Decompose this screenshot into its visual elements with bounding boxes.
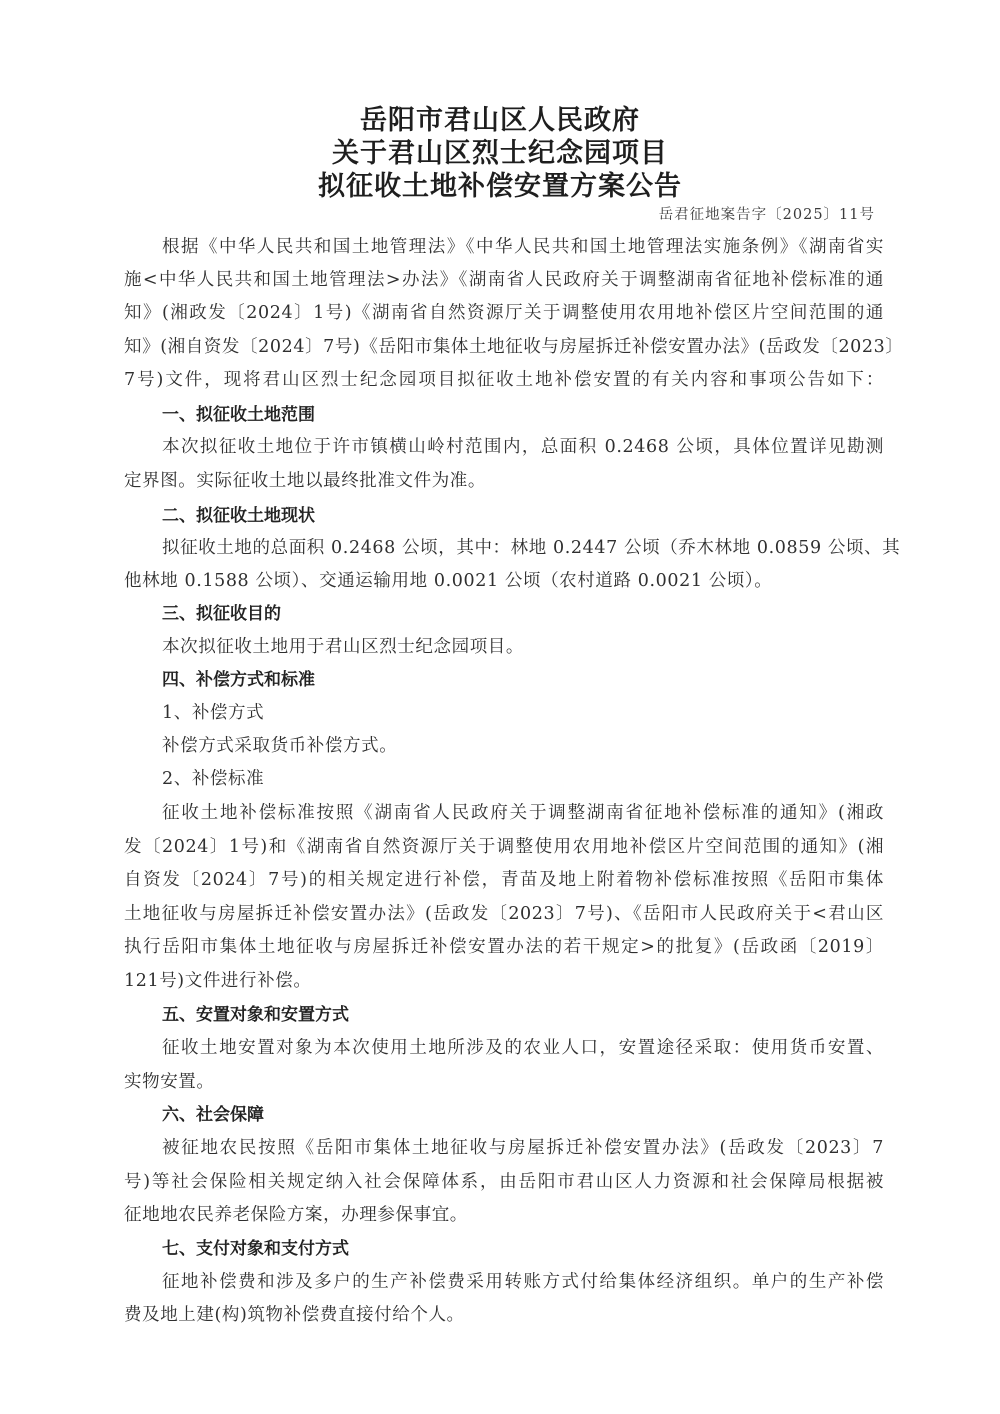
section-text: 本次拟征收土地用于君山区烈士纪念园项目。 (162, 634, 524, 660)
document-number: 岳君征地案告字〔2025〕11号 (659, 203, 875, 224)
section-text: 执行岳阳市集体土地征收与房屋拆迁补偿安置办法的若干规定>的批复》(岳政函〔201… (124, 934, 884, 960)
preamble-line: 7号)文件，现将君山区烈士纪念园项目拟征收土地补偿安置的有关内容和事项公告如下： (124, 367, 884, 393)
section-heading-status: 二、拟征收土地现状 (162, 503, 315, 529)
section-text: 费及地上建(构)筑物补偿费直接付给个人。 (124, 1302, 884, 1328)
section-heading-resettlement: 五、安置对象和安置方式 (162, 1002, 349, 1028)
section-text: 本次拟征收土地位于许市镇横山岭村范围内，总面积 0.2468 公顷，具体位置详见… (162, 434, 884, 460)
section-text: 自资发〔2024〕7号)的相关规定进行补偿，青苗及地上附着物补偿标准按照《岳阳市… (124, 867, 884, 893)
subsection-heading-standard: 2、补偿标准 (162, 766, 264, 792)
document-page: 岳阳市君山区人民政府 关于君山区烈士纪念园项目 拟征收土地补偿安置方案公告 岳君… (0, 0, 1000, 1414)
section-heading-scope: 一、拟征收土地范围 (162, 402, 315, 428)
preamble-line: 知》(湘政发〔2024〕1号)《湖南省自然资源厅关于调整使用农用地补偿区片空间范… (124, 300, 884, 326)
section-text: 121号)文件进行补偿。 (124, 968, 884, 994)
section-text: 拟征收土地的总面积 0.2468 公顷，其中：林地 0.2447 公顷（乔木林地… (162, 535, 884, 561)
section-text: 征收土地补偿标准按照《湖南省人民政府关于调整湖南省征地补偿标准的通知》(湘政 (162, 800, 884, 826)
preamble-line: 施<中华人民共和国土地管理法>办法》《湖南省人民政府关于调整湖南省征地补偿标准的… (124, 267, 884, 293)
section-text: 他林地 0.1588 公顷）、交通运输用地 0.0021 公顷（农村道路 0.0… (124, 568, 884, 594)
section-heading-payment: 七、支付对象和支付方式 (162, 1236, 349, 1262)
section-text: 补偿方式采取货币补偿方式。 (162, 733, 397, 759)
section-text: 征收土地安置对象为本次使用土地所涉及的农业人口，安置途径采取：使用货币安置、 (162, 1035, 884, 1061)
section-text: 征地补偿费和涉及多户的生产补偿费采用转账方式付给集体经济组织。单户的生产补偿 (162, 1269, 884, 1295)
preamble-line: 知》(湘自资发〔2024〕7号)《岳阳市集体土地征收与房屋拆迁补偿安置办法》(岳… (124, 334, 884, 360)
section-heading-social-security: 六、社会保障 (162, 1102, 264, 1128)
section-text: 定界图。实际征收土地以最终批准文件为准。 (124, 468, 884, 494)
title-line-3: 拟征收土地补偿安置方案公告 (0, 164, 1000, 203)
section-text: 被征地农民按照《岳阳市集体土地征收与房屋拆迁补偿安置办法》(岳政发〔2023〕7 (162, 1135, 884, 1161)
section-text: 实物安置。 (124, 1069, 884, 1095)
section-text: 发〔2024〕1号)和《湖南省自然资源厅关于调整使用农用地补偿区片空间范围的通知… (124, 834, 884, 860)
section-text: 土地征收与房屋拆迁补偿安置办法》(岳政发〔2023〕7号)、《岳阳市人民政府关于… (124, 901, 884, 927)
preamble-line: 根据《中华人民共和国土地管理法》《中华人民共和国土地管理法实施条例》《湖南省实 (162, 234, 884, 260)
section-text: 号)等社会保险相关规定纳入社会保障体系，由岳阳市君山区人力资源和社会保障局根据被 (124, 1169, 884, 1195)
subsection-heading-method: 1、补偿方式 (162, 700, 264, 726)
section-heading-purpose: 三、拟征收目的 (162, 601, 281, 627)
section-text: 征地地农民养老保险方案，办理参保事宜。 (124, 1202, 884, 1228)
section-heading-compensation: 四、补偿方式和标准 (162, 667, 315, 693)
